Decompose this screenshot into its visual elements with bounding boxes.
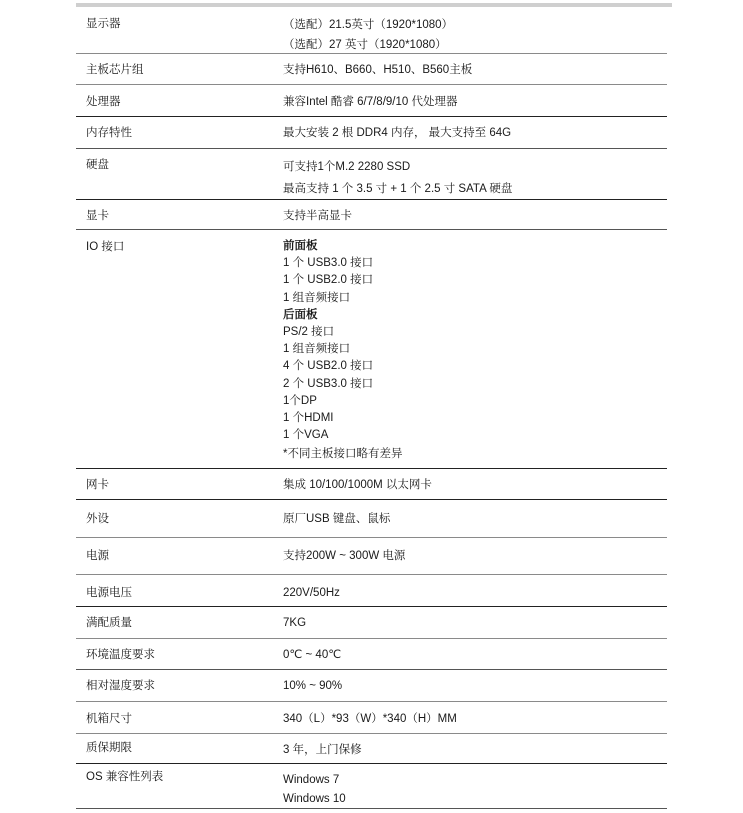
- row-value: 220V/50Hz: [283, 584, 667, 606]
- row-label: 处理器: [76, 93, 283, 116]
- row-label: 相对湿度要求: [76, 677, 283, 701]
- value-line: 1 个VGA: [283, 427, 667, 444]
- value-line: 原厂USB 键盘、鼠标: [283, 510, 667, 528]
- row-label: 网卡: [76, 476, 283, 499]
- row-label: 电源: [76, 547, 283, 574]
- row-value: 前面板 1 个 USB3.0 接口 1 个 USB2.0 接口 1 组音频接口 …: [283, 238, 667, 468]
- table-row-weight: 满配质量 7KG: [76, 607, 667, 639]
- front-panel-heading: 前面板: [283, 238, 667, 255]
- value-line: （选配）21.5英寸（1920*1080）: [283, 15, 667, 35]
- table-row-chassis-size: 机箱尺寸 340（L）*93（W）*340（H）MM: [76, 702, 667, 734]
- spec-table: 显示器 （选配）21.5英寸（1920*1080） （选配）27 英寸（1920…: [76, 7, 667, 809]
- row-value: 340（L）*93（W）*340（H）MM: [283, 710, 667, 733]
- row-value: 可支持1个M.2 2280 SSD 最高支持 1 个 3.5 寸 + 1 个 2…: [283, 156, 667, 199]
- value-line: 1 个HDMI: [283, 410, 667, 427]
- value-line: 3 年，上门保修: [283, 739, 667, 759]
- table-row-temperature: 环境温度要求 0℃ ~ 40℃: [76, 639, 667, 670]
- value-line: （选配）27 英寸（1920*1080）: [283, 35, 667, 55]
- row-value: 原厂USB 键盘、鼠标: [283, 510, 667, 537]
- row-label: 满配质量: [76, 614, 283, 638]
- value-line: 4 个 USB2.0 接口: [283, 358, 667, 375]
- value-line: 最大安装 2 根 DDR4 内存， 最大支持至 64G: [283, 124, 667, 142]
- row-value: 3 年，上门保修: [283, 739, 667, 763]
- table-row-graphics: 显卡 支持半高显卡: [76, 200, 667, 230]
- row-label: OS 兼容性列表: [76, 768, 283, 808]
- value-line: 1 个 USB2.0 接口: [283, 272, 667, 289]
- row-value: 支持H610、B660、H510、B560主板: [283, 61, 667, 84]
- table-row-processor: 处理器 兼容Intel 酷睿 6/7/8/9/10 代处理器: [76, 85, 667, 117]
- row-value: 10% ~ 90%: [283, 677, 667, 701]
- table-row-memory: 内存特性 最大安装 2 根 DDR4 内存， 最大支持至 64G: [76, 117, 667, 149]
- row-value: 支持200W ~ 300W 电源: [283, 547, 667, 574]
- value-line: 220V/50Hz: [283, 584, 667, 602]
- table-row-storage: 硬盘 可支持1个M.2 2280 SSD 最高支持 1 个 3.5 寸 + 1 …: [76, 149, 667, 200]
- row-label: 显示器: [76, 15, 283, 53]
- table-row-peripherals: 外设 原厂USB 键盘、鼠标: [76, 500, 667, 538]
- row-value: 支持半高显卡: [283, 207, 667, 229]
- value-line: 1 个 USB3.0 接口: [283, 255, 667, 272]
- row-value: 兼容Intel 酷睿 6/7/8/9/10 代处理器: [283, 93, 667, 116]
- value-line: PS/2 接口: [283, 324, 667, 341]
- value-line: 支持200W ~ 300W 电源: [283, 547, 667, 565]
- row-value: Windows 7 Windows 10: [283, 768, 667, 808]
- value-line: 0℃ ~ 40℃: [283, 646, 667, 664]
- row-label: IO 接口: [76, 238, 283, 468]
- value-line: 支持H610、B660、H510、B560主板: [283, 61, 667, 79]
- row-label: 环境温度要求: [76, 646, 283, 669]
- table-row-warranty: 质保期限 3 年，上门保修: [76, 734, 667, 764]
- row-value: 0℃ ~ 40℃: [283, 646, 667, 669]
- row-label: 质保期限: [76, 739, 283, 763]
- value-line: 1 组音频接口: [283, 290, 667, 307]
- value-line: 支持半高显卡: [283, 207, 667, 225]
- value-line: 1 组音频接口: [283, 341, 667, 358]
- value-line: 10% ~ 90%: [283, 677, 667, 695]
- row-value: （选配）21.5英寸（1920*1080） （选配）27 英寸（1920*108…: [283, 15, 667, 53]
- table-row-voltage: 电源电压 220V/50Hz: [76, 575, 667, 607]
- value-line: 7KG: [283, 614, 667, 632]
- table-row-network: 网卡 集成 10/100/1000M 以太网卡: [76, 469, 667, 500]
- row-label: 内存特性: [76, 124, 283, 148]
- value-line: 集成 10/100/1000M 以太网卡: [283, 476, 667, 494]
- row-value: 集成 10/100/1000M 以太网卡: [283, 476, 667, 499]
- rear-panel-heading: 后面板: [283, 307, 667, 324]
- row-label: 机箱尺寸: [76, 710, 283, 733]
- row-label: 显卡: [76, 207, 283, 229]
- table-row-power-supply: 电源 支持200W ~ 300W 电源: [76, 538, 667, 575]
- row-value: 7KG: [283, 614, 667, 638]
- value-line: 2 个 USB3.0 接口: [283, 376, 667, 393]
- table-row-os-compatibility: OS 兼容性列表 Windows 7 Windows 10: [76, 764, 667, 809]
- row-value: 最大安装 2 根 DDR4 内存， 最大支持至 64G: [283, 124, 667, 148]
- value-line: 兼容Intel 酷睿 6/7/8/9/10 代处理器: [283, 93, 667, 111]
- value-line: 最高支持 1 个 3.5 寸 + 1 个 2.5 寸 SATA 硬盘: [283, 178, 667, 200]
- value-line: Windows 7: [283, 768, 667, 790]
- table-row-humidity: 相对湿度要求 10% ~ 90%: [76, 670, 667, 702]
- value-line: 340（L）*93（W）*340（H）MM: [283, 710, 667, 728]
- table-row-io-ports: IO 接口 前面板 1 个 USB3.0 接口 1 个 USB2.0 接口 1 …: [76, 230, 667, 469]
- footnote: *不同主板接口略有差异: [283, 444, 667, 464]
- row-label: 电源电压: [76, 584, 283, 606]
- row-label: 硬盘: [76, 156, 283, 199]
- value-line: Windows 10: [283, 790, 667, 808]
- table-row-chipset: 主板芯片组 支持H610、B660、H510、B560主板: [76, 54, 667, 85]
- row-label: 主板芯片组: [76, 61, 283, 84]
- row-label: 外设: [76, 510, 283, 537]
- table-row-display: 显示器 （选配）21.5英寸（1920*1080） （选配）27 英寸（1920…: [76, 7, 667, 54]
- value-line: 1个DP: [283, 393, 667, 410]
- value-line: 可支持1个M.2 2280 SSD: [283, 156, 667, 178]
